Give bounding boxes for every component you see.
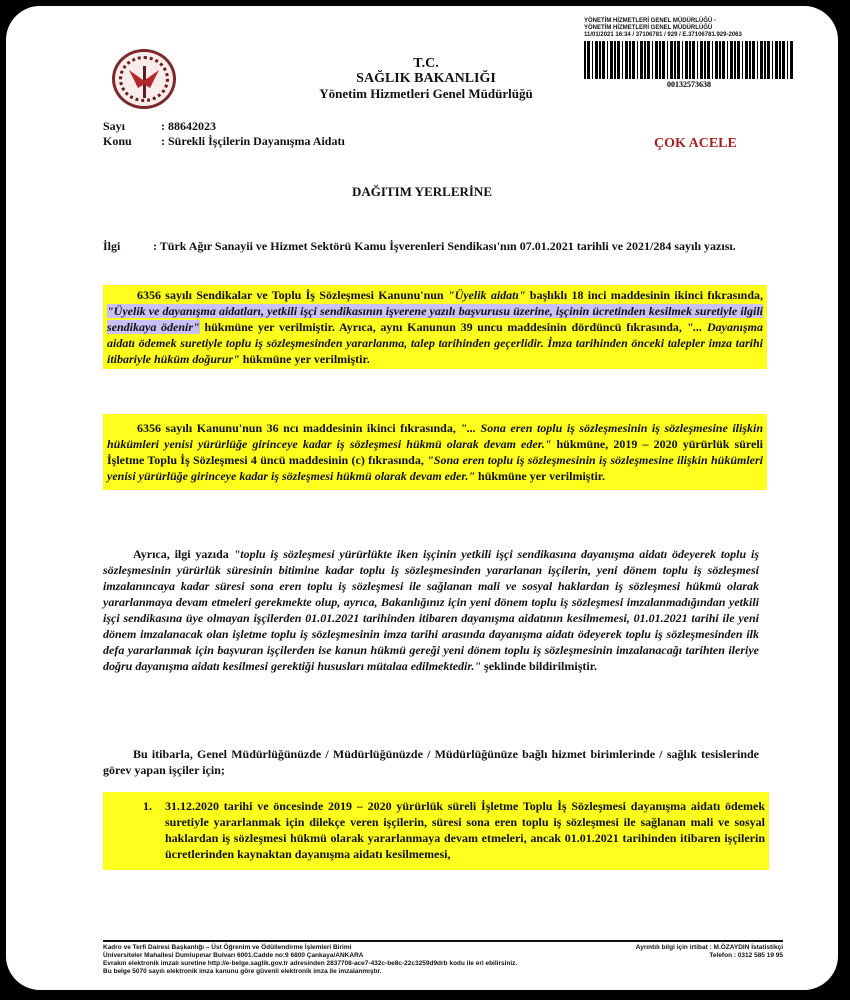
barcode-number: 00132573638 bbox=[584, 80, 794, 89]
p2-text: hükmüne yer verilmiştir. bbox=[475, 469, 605, 483]
konu-label: Konu bbox=[103, 134, 161, 149]
p4-text: Bu itibarla, Genel Müdürlüğünüzde / Müdü… bbox=[103, 747, 759, 777]
document-page: T.C. SAĞLIK BAKANLIĞI Yönetim Hizmetleri… bbox=[6, 6, 838, 990]
letterhead: T.C. SAĞLIK BAKANLIĞI Yönetim Hizmetleri… bbox=[276, 56, 576, 101]
footer-contact: Ayrıntılı bilgi için irtibat : M.ÖZAYDIN… bbox=[636, 944, 783, 952]
paragraph-1: 6356 sayılı Sendikalar ve Toplu İş Sözle… bbox=[103, 285, 767, 369]
ministry-logo-icon bbox=[112, 49, 176, 109]
sayi-value: : 88642023 bbox=[161, 119, 216, 134]
p1-quote-title: "Üyelik aidatı" bbox=[448, 288, 526, 302]
list-item-text: 31.12.2020 tarihi ve öncesinde 2019 – 20… bbox=[143, 798, 765, 862]
p3-text: şeklinde bildirilmiştir. bbox=[481, 659, 597, 673]
p3-quote: "toplu iş sözleşmesi yürürlükte iken işç… bbox=[103, 547, 759, 673]
footer-phone: Telefon : 0312 585 19 95 bbox=[709, 952, 783, 960]
paragraph-2: 6356 sayılı Kanunu'nun 36 ncı maddesinin… bbox=[103, 414, 767, 490]
p3-text: Ayrıca, ilgi yazıda bbox=[133, 547, 234, 561]
sayi-label: Sayı bbox=[103, 119, 161, 134]
reference-text: : Türk Ağır Sanayii ve Hizmet Sektörü Ka… bbox=[153, 239, 753, 254]
distribution-title: DAĞITIM YERLERİNE bbox=[6, 184, 838, 200]
barcode-line-1: YÖNETİM HİZMETLERİ GENEL MÜDÜRLÜĞÜ - bbox=[584, 18, 794, 25]
p1-text: başlıklı 18 inci maddesinin ikinci fıkra… bbox=[526, 288, 764, 302]
paragraph-4: Bu itibarla, Genel Müdürlüğünüzde / Müdü… bbox=[103, 746, 759, 778]
footer-department: Kadro ve Terfi Dairesi Başkanlığı – Üst … bbox=[103, 944, 351, 952]
footer-address: Üniversiteler Mahallesi Dumlupınar Bulva… bbox=[103, 952, 363, 960]
reference: İlgi : Türk Ağır Sanayii ve Hizmet Sektö… bbox=[103, 239, 753, 254]
list-item-number: 1. bbox=[143, 798, 152, 814]
state-name: T.C. bbox=[276, 56, 576, 71]
document-meta: Sayı: 88642023 Konu: Sürekli İşçilerin D… bbox=[103, 119, 345, 149]
list-item-1: 1. 31.12.2020 tarihi ve öncesinde 2019 –… bbox=[103, 792, 769, 870]
konu-value: : Sürekli İşçilerin Dayanışma Aidatı bbox=[161, 134, 345, 149]
paragraph-3: Ayrıca, ilgi yazıda "toplu iş sözleşmesi… bbox=[103, 546, 759, 674]
barcode-line-3: 11/01/2021 16:34 / 37106781 / 929 / E.37… bbox=[584, 32, 794, 39]
p1-text: 6356 sayılı Sendikalar ve Toplu İş Sözle… bbox=[137, 288, 448, 302]
barcode-icon bbox=[584, 41, 794, 79]
directorate-name: Yönetim Hizmetleri Genel Müdürlüğü bbox=[276, 86, 576, 101]
barcode-block: YÖNETİM HİZMETLERİ GENEL MÜDÜRLÜĞÜ - YÖN… bbox=[584, 18, 794, 89]
footer-signature-note: Bu belge 5070 sayılı elektronik imza kan… bbox=[103, 968, 382, 976]
urgency-stamp: ÇOK ACELE bbox=[654, 136, 737, 152]
footer-verification: Evrakın elektronik imzalı suretine http:… bbox=[103, 960, 517, 968]
p1-text: hükmüne yer verilmiştir. Ayrıca, aynı Ka… bbox=[200, 320, 687, 334]
barcode-line-2: YÖNETİM HİZMETLERİ GENEL MÜDÜRLÜĞÜ bbox=[584, 25, 794, 32]
p1-text: hükmüne yer verilmiştir. bbox=[240, 352, 370, 366]
document-footer: Kadro ve Terfi Dairesi Başkanlığı – Üst … bbox=[103, 940, 783, 976]
p2-text: 6356 sayılı Kanunu'nun 36 ncı maddesinin… bbox=[137, 421, 460, 435]
ministry-name: SAĞLIK BAKANLIĞI bbox=[276, 71, 576, 86]
reference-label: İlgi bbox=[103, 239, 153, 254]
